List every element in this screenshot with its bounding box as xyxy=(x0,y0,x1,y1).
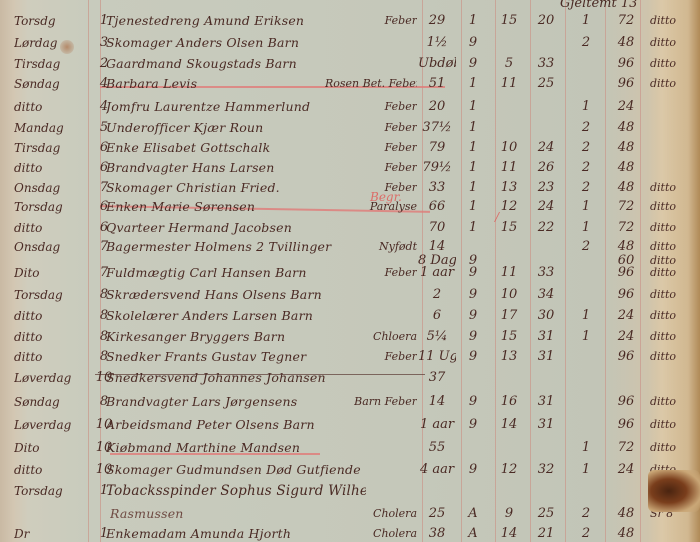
col2-cell xyxy=(493,437,525,459)
col1-cell xyxy=(458,437,488,459)
age-cell: 66 xyxy=(418,196,456,218)
col3-cell: 31 xyxy=(530,391,562,413)
cause-cell xyxy=(325,437,417,459)
day-cell: Torsdag xyxy=(14,480,86,502)
col5-cell: 72 xyxy=(608,437,644,459)
col4-cell xyxy=(567,414,605,436)
ledger-row: Dito 10 Kiøbmand Marthine Mandsen 55 1 7… xyxy=(0,437,700,459)
col3-cell: 24 xyxy=(530,137,562,159)
col5-cell: 48 xyxy=(608,32,644,54)
col1-cell: 1 xyxy=(458,117,488,139)
col4-cell: 2 xyxy=(567,32,605,54)
col4-cell: 1 xyxy=(567,326,605,348)
ledger-row: Torsdag 8 Skrædersvend Hans Olsens Barn … xyxy=(0,284,700,306)
remark-cell: ditto xyxy=(650,284,696,306)
cause-cell: Chloera xyxy=(325,326,417,348)
age-cell: 29 xyxy=(418,10,456,32)
col2-cell: 11 xyxy=(493,262,525,284)
col1-cell: 9 xyxy=(458,414,488,436)
ledger-row: Løverdag 10 Arbeidsmand Peter Olsens Bar… xyxy=(0,414,700,436)
age-cell: 55 xyxy=(418,437,456,459)
remark-cell: ditto xyxy=(650,262,696,284)
col4-cell xyxy=(567,480,605,502)
ledger-row: ditto 10 Skomager Gudmundsen Død Gutfien… xyxy=(0,459,700,481)
ledger-page: Gjeltemt 13 Begr. / Torsdg 1 Tjenestedre… xyxy=(0,0,700,542)
cause-cell xyxy=(325,459,417,481)
age-cell: 2 xyxy=(418,284,456,306)
day-cell: Løverdag xyxy=(14,414,86,436)
cause-cell: Feber xyxy=(325,157,417,179)
age-cell: Ubdøbt xyxy=(418,53,456,75)
col2-cell xyxy=(493,96,525,118)
ledger-row: Søndag 8 Brandvagter Lars Jørgensens Bar… xyxy=(0,391,700,413)
binding-thread xyxy=(648,470,700,512)
col2-cell: 10 xyxy=(493,137,525,159)
col5-cell xyxy=(608,367,644,389)
remark-cell: ditto xyxy=(650,32,696,54)
col1-cell: 1 xyxy=(458,10,488,32)
col3-cell: 31 xyxy=(530,414,562,436)
cause-cell xyxy=(325,305,417,327)
cause-cell xyxy=(325,480,417,502)
col1-cell: 1 xyxy=(458,73,488,95)
day-cell: Lørdag xyxy=(14,32,86,54)
ledger-row: Torsdg 1 Tjenestedreng Amund Eriksen Feb… xyxy=(0,10,700,32)
col2-cell: 10 xyxy=(493,284,525,306)
day-cell: Torsdag xyxy=(14,196,86,218)
col2-cell: 16 xyxy=(493,391,525,413)
age-cell: 1 aar xyxy=(418,414,456,436)
col3-cell: 20 xyxy=(530,10,562,32)
remark-cell xyxy=(650,367,696,389)
remark-cell: ditto xyxy=(650,391,696,413)
col4-cell: 2 xyxy=(567,137,605,159)
day-cell: ditto xyxy=(14,96,86,118)
cause-cell: Cholera xyxy=(325,523,417,542)
col1-cell: 1 xyxy=(458,96,488,118)
day-cell: Mandag xyxy=(14,117,86,139)
col3-cell: 31 xyxy=(530,326,562,348)
col4-cell: 1 xyxy=(567,96,605,118)
day-cell: ditto xyxy=(14,326,86,348)
col5-cell: 24 xyxy=(608,326,644,348)
col3-cell: 30 xyxy=(530,305,562,327)
col5-cell: 24 xyxy=(608,305,644,327)
col1-cell: 1 xyxy=(458,196,488,218)
col5-cell: 24 xyxy=(608,96,644,118)
day-cell: ditto xyxy=(14,459,86,481)
age-cell: 11 Uger xyxy=(418,346,456,368)
cause-cell: Feber xyxy=(325,10,417,32)
col1-cell: A xyxy=(458,503,488,525)
ledger-row: Torsdag 1 Tobacksspinder Sophus Sigurd W… xyxy=(0,480,700,502)
cause-cell: Paralyse xyxy=(325,196,417,218)
col4-cell: 2 xyxy=(567,157,605,179)
col5-cell: 96 xyxy=(608,391,644,413)
cause-cell xyxy=(325,414,417,436)
remark-cell xyxy=(650,117,696,139)
col1-cell: A xyxy=(458,523,488,542)
col3-cell xyxy=(530,96,562,118)
ledger-row: Lørdag 3 Skomager Anders Olsen Barn 1½ 9… xyxy=(0,32,700,54)
cause-cell: Feber xyxy=(325,96,417,118)
cause-cell: Rosen Bet. Feber xyxy=(325,73,417,95)
col3-cell xyxy=(530,117,562,139)
col5-cell: 72 xyxy=(608,10,644,32)
col3-cell: 24 xyxy=(530,196,562,218)
col4-cell xyxy=(567,391,605,413)
day-cell: Dito xyxy=(14,437,86,459)
col2-cell: 12 xyxy=(493,196,525,218)
cause-cell xyxy=(325,32,417,54)
col2-cell xyxy=(493,117,525,139)
col2-cell xyxy=(493,32,525,54)
ledger-row: ditto 8 Skolelærer Anders Larsen Barn 6 … xyxy=(0,305,700,327)
col4-cell xyxy=(567,53,605,75)
remark-cell xyxy=(650,157,696,179)
remark-cell xyxy=(650,96,696,118)
age-cell: 4 aar xyxy=(418,459,456,481)
col1-cell: 9 xyxy=(458,53,488,75)
col4-cell xyxy=(567,346,605,368)
col4-cell: 1 xyxy=(567,437,605,459)
col5-cell: 24 xyxy=(608,459,644,481)
cause-cell: Barn Feber xyxy=(325,391,417,413)
col2-cell: 12 xyxy=(493,459,525,481)
cause-cell: Feber xyxy=(325,346,417,368)
col5-cell: 48 xyxy=(608,117,644,139)
col4-cell: 1 xyxy=(567,459,605,481)
ledger-row: ditto 4 Jomfru Laurentze Hammerlund Febe… xyxy=(0,96,700,118)
col1-cell xyxy=(458,480,488,502)
col4-cell xyxy=(567,284,605,306)
col4-cell: 1 xyxy=(567,305,605,327)
day-cell: Tirsdag xyxy=(14,53,86,75)
col3-cell: 26 xyxy=(530,157,562,179)
col5-cell: 48 xyxy=(608,157,644,179)
col4-cell xyxy=(567,73,605,95)
age-cell xyxy=(418,480,456,502)
cause-cell: Feber xyxy=(325,117,417,139)
col5-cell: 48 xyxy=(608,523,644,542)
col1-cell: 1 xyxy=(458,137,488,159)
col2-cell: 9 xyxy=(493,503,525,525)
ledger-row: Tirsdag 2 Gaardmand Skougstads Barn Ubdø… xyxy=(0,53,700,75)
col4-cell: 2 xyxy=(567,523,605,542)
col2-cell: 13 xyxy=(493,346,525,368)
ledger-row: Tirsdag 6 Enke Elisabet Gottschalk Feber… xyxy=(0,137,700,159)
remark-cell: ditto xyxy=(650,196,696,218)
ledger-row: Dito 7 Fuldmægtig Carl Hansen Barn Feber… xyxy=(0,262,700,284)
col5-cell: 96 xyxy=(608,73,644,95)
col4-cell: 2 xyxy=(567,503,605,525)
col3-cell: 33 xyxy=(530,53,562,75)
remark-cell: ditto xyxy=(650,10,696,32)
cause-cell: Feber xyxy=(325,262,417,284)
day-cell: ditto xyxy=(14,157,86,179)
col5-cell: 48 xyxy=(608,503,644,525)
col5-cell: 96 xyxy=(608,284,644,306)
col2-cell: 11 xyxy=(493,157,525,179)
col1-cell: 9 xyxy=(458,346,488,368)
col3-cell: 25 xyxy=(530,73,562,95)
col2-cell: 14 xyxy=(493,523,525,542)
remark-cell xyxy=(650,137,696,159)
cause-cell: Cholera xyxy=(325,503,417,525)
age-cell: 37½ xyxy=(418,117,456,139)
col3-cell xyxy=(530,32,562,54)
age-cell: 20 xyxy=(418,96,456,118)
day-cell: Søndag xyxy=(14,391,86,413)
day-cell: Dito xyxy=(14,262,86,284)
col2-cell: 14 xyxy=(493,414,525,436)
cause-cell xyxy=(325,367,417,389)
ledger-row: Dr 1 Enkemadam Amunda Hjorth Cholera 38 … xyxy=(0,523,700,542)
col2-cell: 5 xyxy=(493,53,525,75)
ledger-row: ditto 8 Snedker Frants Gustav Tegner Feb… xyxy=(0,346,700,368)
col3-cell: 32 xyxy=(530,459,562,481)
col5-cell: 48 xyxy=(608,137,644,159)
day-cell xyxy=(14,503,86,525)
col1-cell: 9 xyxy=(458,32,488,54)
age-cell: 51 xyxy=(418,73,456,95)
col3-cell xyxy=(530,437,562,459)
cause-cell xyxy=(325,284,417,306)
age-cell: 79½ xyxy=(418,157,456,179)
col3-cell: 34 xyxy=(530,284,562,306)
col3-cell: 31 xyxy=(530,346,562,368)
remark-cell: ditto xyxy=(650,305,696,327)
day-cell: Tirsdag xyxy=(14,137,86,159)
age-cell: 6 xyxy=(418,305,456,327)
col4-cell: 2 xyxy=(567,117,605,139)
col1-cell: 9 xyxy=(458,459,488,481)
col4-cell xyxy=(567,367,605,389)
remark-cell xyxy=(650,523,696,542)
remark-cell: ditto xyxy=(650,53,696,75)
day-cell: ditto xyxy=(14,305,86,327)
age-cell: 14 xyxy=(418,391,456,413)
age-cell: 38 xyxy=(418,523,456,542)
col1-cell: 1 xyxy=(458,157,488,179)
col5-cell: 96 xyxy=(608,53,644,75)
col4-cell: 1 xyxy=(567,10,605,32)
col1-cell: 9 xyxy=(458,284,488,306)
day-cell: Torsdag xyxy=(14,284,86,306)
remark-cell: ditto xyxy=(650,414,696,436)
day-cell: Løverdag xyxy=(14,367,86,389)
col1-cell xyxy=(458,367,488,389)
ledger-row: Løverdag 10 Snedkersvend Johannes Johans… xyxy=(0,367,700,389)
day-cell: Søndag xyxy=(14,73,86,95)
age-cell: 1½ xyxy=(418,32,456,54)
col2-cell: 17 xyxy=(493,305,525,327)
remark-cell: ditto xyxy=(650,346,696,368)
col2-cell xyxy=(493,480,525,502)
col3-cell: 21 xyxy=(530,523,562,542)
col5-cell: 96 xyxy=(608,414,644,436)
col4-cell: 1 xyxy=(567,196,605,218)
col5-cell: 72 xyxy=(608,196,644,218)
col3-cell xyxy=(530,480,562,502)
col1-cell: 9 xyxy=(458,305,488,327)
col2-cell: 15 xyxy=(493,10,525,32)
ledger-row: ditto 8 Kirkesanger Bryggers Barn Chloer… xyxy=(0,326,700,348)
col5-cell: 96 xyxy=(608,262,644,284)
age-cell: 5¼ xyxy=(418,326,456,348)
col1-cell: 9 xyxy=(458,262,488,284)
day-cell: Torsdg xyxy=(14,10,86,32)
age-cell: 79 xyxy=(418,137,456,159)
ledger-row: Mandag 5 Underofficer Kjær Roun Feber 37… xyxy=(0,117,700,139)
day-cell: ditto xyxy=(14,346,86,368)
day-cell: Dr xyxy=(14,523,86,542)
remark-cell: ditto xyxy=(650,326,696,348)
age-cell: 1 aar xyxy=(418,262,456,284)
ledger-row: Rasmussen Cholera 25 A 9 25 2 48 Sr 8 xyxy=(0,503,700,525)
ledger-row: Torsdag 6 Enken Marie Sørensen Paralyse … xyxy=(0,196,700,218)
remark-cell: ditto xyxy=(650,73,696,95)
col4-cell xyxy=(567,262,605,284)
ledger-row: ditto 6 Brandvagter Hans Larsen Feber 79… xyxy=(0,157,700,179)
col2-cell: 11 xyxy=(493,73,525,95)
age-cell: 37 xyxy=(418,367,456,389)
ledger-row: Søndag 4 Barbara Levis Rosen Bet. Feber … xyxy=(0,73,700,95)
col5-cell: 96 xyxy=(608,346,644,368)
col5-cell xyxy=(608,480,644,502)
col2-cell: 15 xyxy=(493,326,525,348)
col1-cell: 9 xyxy=(458,391,488,413)
col3-cell: 25 xyxy=(530,503,562,525)
remark-cell: ditto xyxy=(650,437,696,459)
col2-cell xyxy=(493,367,525,389)
age-cell: 25 xyxy=(418,503,456,525)
col3-cell: 33 xyxy=(530,262,562,284)
cause-cell xyxy=(325,53,417,75)
col3-cell xyxy=(530,367,562,389)
cause-cell: Feber xyxy=(325,137,417,159)
col1-cell: 9 xyxy=(458,326,488,348)
